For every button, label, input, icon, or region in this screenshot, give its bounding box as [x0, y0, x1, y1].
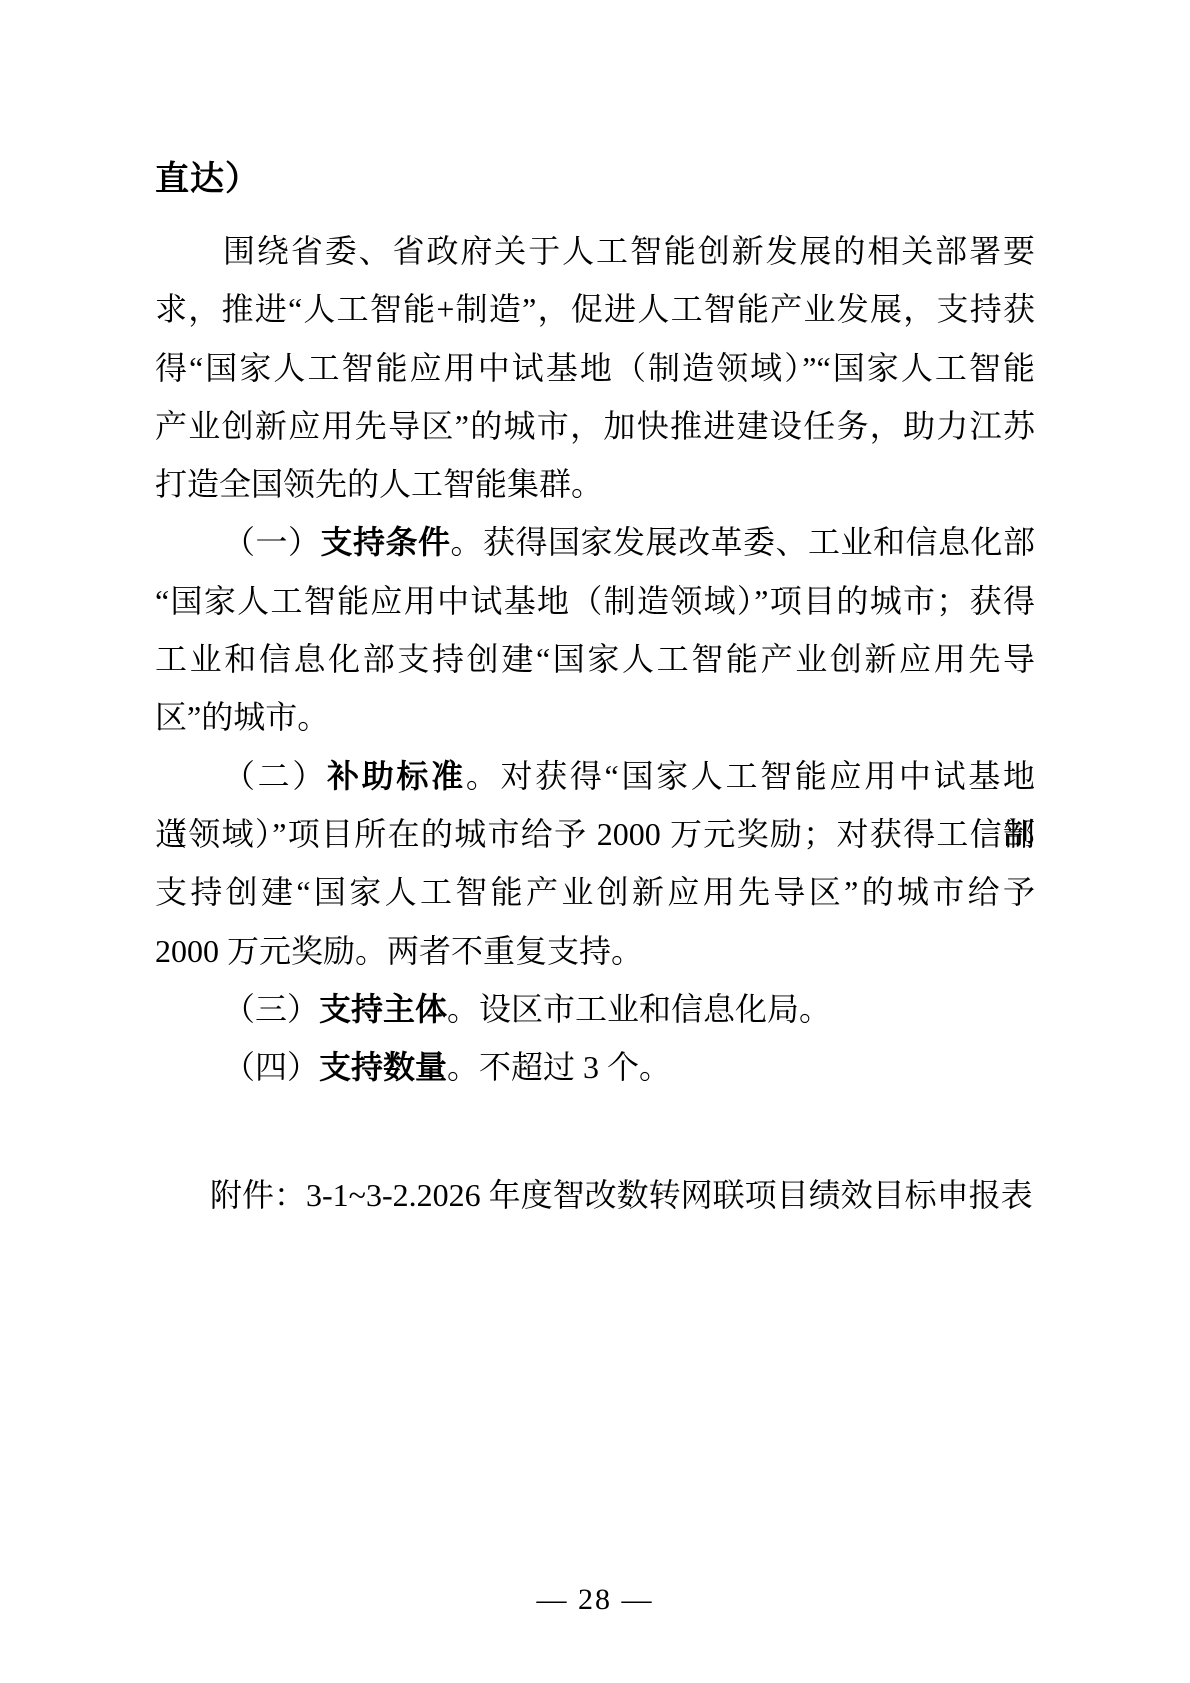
text-line: 支持创建“国家人工智能产业创新应用先导区”的城市给予 [155, 863, 1035, 921]
text-line: 得“国家人工智能应用中试基地（制造领域）”“国家人工智能 [155, 339, 1035, 397]
text-segment: 。获得国家发展改革委、工业和信息化部 [451, 524, 1035, 560]
paragraph: 围绕省委、省政府关于人工智能创新发展的相关部署要求，推进“人工智能+制造”，促进… [155, 222, 1035, 513]
paragraph: （四）支持数量。不超过 3 个。 [155, 1038, 1035, 1096]
text-line: 2000 万元奖励。两者不重复支持。 [155, 922, 1035, 980]
text-segment: （一） [223, 524, 321, 560]
text-segment: 。设区市工业和信息化局。 [447, 991, 831, 1027]
text-segment: （三） [223, 991, 319, 1027]
paragraph: （三）支持主体。设区市工业和信息化局。 [155, 980, 1035, 1038]
text-line: 围绕省委、省政府关于人工智能创新发展的相关部署要 [155, 222, 1035, 280]
text-segment: （二） [223, 758, 327, 794]
text-line: “国家人工智能应用中试基地（制造领域）”项目的城市；获得 [155, 572, 1035, 630]
text-segment: 。不超过 3 个。 [447, 1049, 671, 1085]
document-body: 围绕省委、省政府关于人工智能创新发展的相关部署要求，推进“人工智能+制造”，促进… [155, 222, 1035, 1096]
clause-label: 支持数量 [319, 1049, 447, 1085]
text-line: （三）支持主体。设区市工业和信息化局。 [155, 980, 1035, 1038]
text-segment: （四） [223, 1049, 319, 1085]
text-line: 区”的城市。 [155, 688, 1035, 746]
clause-label: 支持主体 [319, 991, 447, 1027]
clause-label: 支持条件 [321, 524, 451, 560]
text-line: 工业和信息化部支持创建“国家人工智能产业创新应用先导 [155, 630, 1035, 688]
text-line: 打造全国领先的人工智能集群。 [155, 455, 1035, 513]
text-segment: 工业和信息化部支持创建“国家人工智能产业创新应用先导 [155, 641, 1035, 677]
text-segment: 产业创新应用先导区”的城市，加快推进建设任务，助力江苏 [155, 408, 1035, 444]
clause-label: 补助标准 [327, 758, 466, 794]
text-segment: 2000 万元奖励。两者不重复支持。 [155, 933, 643, 969]
section-heading-fragment: 直达） [155, 150, 1035, 208]
text-segment: 区”的城市。 [155, 699, 329, 735]
text-line: 造领域）”项目所在的城市给予 2000 万元奖励；对获得工信部 [155, 805, 1035, 863]
text-segment: 支持创建“国家人工智能产业创新应用先导区”的城市给予 [155, 874, 1035, 910]
text-segment: 围绕省委、省政府关于人工智能创新发展的相关部署要 [223, 233, 1035, 269]
paragraph: （二）补助标准。对获得“国家人工智能应用中试基地（制造领域）”项目所在的城市给予… [155, 747, 1035, 980]
text-segment: 造领域）”项目所在的城市给予 2000 万元奖励；对获得工信部 [155, 816, 1035, 852]
text-segment: 得“国家人工智能应用中试基地（制造领域）”“国家人工智能 [155, 350, 1035, 386]
document-page: 直达） 围绕省委、省政府关于人工智能创新发展的相关部署要求，推进“人工智能+制造… [0, 0, 1190, 1683]
text-segment: “国家人工智能应用中试基地（制造领域）”项目的城市；获得 [155, 583, 1035, 619]
text-line: 产业创新应用先导区”的城市，加快推进建设任务，助力江苏 [155, 397, 1035, 455]
text-line: 求，推进“人工智能+制造”，促进人工智能产业发展，支持获 [155, 280, 1035, 338]
text-line: （四）支持数量。不超过 3 个。 [155, 1038, 1035, 1096]
text-line: （二）补助标准。对获得“国家人工智能应用中试基地（制 [155, 747, 1035, 805]
text-segment: 打造全国领先的人工智能集群。 [155, 466, 603, 502]
attachment-line: 附件：3-1~3-2.2026 年度智改数转网联项目绩效目标申报表 [155, 1166, 1035, 1224]
paragraph: （一）支持条件。获得国家发展改革委、工业和信息化部“国家人工智能应用中试基地（制… [155, 513, 1035, 746]
text-line: （一）支持条件。获得国家发展改革委、工业和信息化部 [155, 513, 1035, 571]
page-number: — 28 — [0, 1580, 1190, 1620]
text-segment: 求，推进“人工智能+制造”，促进人工智能产业发展，支持获 [155, 291, 1035, 327]
